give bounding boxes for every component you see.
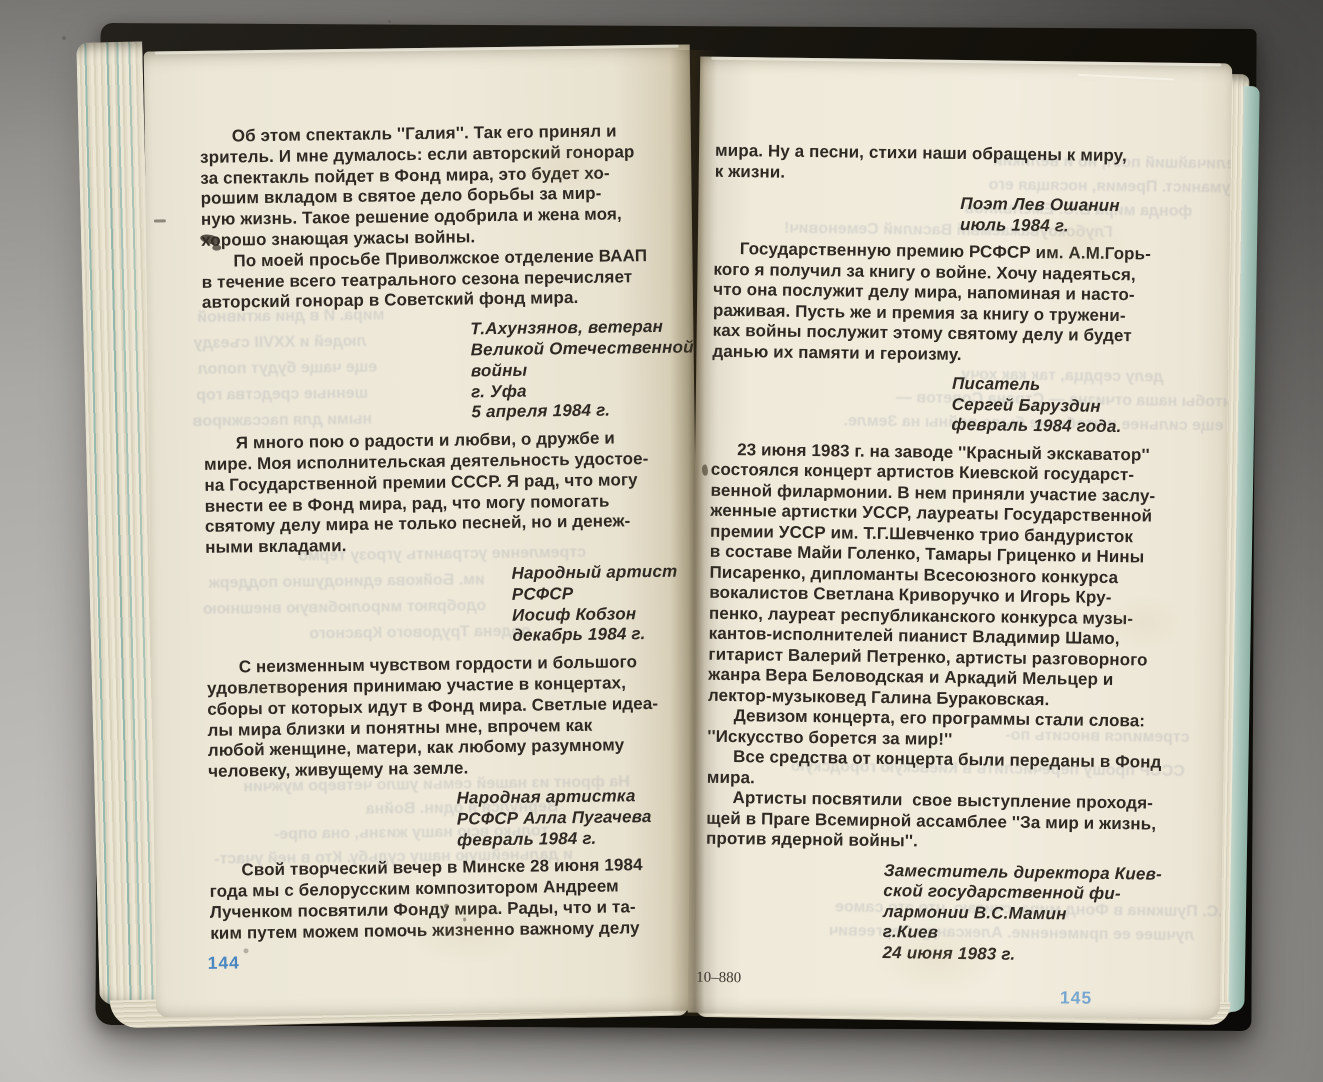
text-line: Поэт Лев Ошанин [960, 194, 1172, 217]
paragraph: Об этом спектакль ''Галия''. Так его при… [200, 121, 668, 252]
signature-block: ПисательСергей Баруздинфевраль 1984 года… [951, 374, 1170, 438]
signature-block: Народный артистРСФСРИосиф Кобзондекабрь … [511, 562, 672, 647]
paragraph: Артисты посвятили свое выступление прохо… [706, 788, 1165, 855]
paragraph: Все средства от концерта были переданы в… [707, 747, 1165, 794]
text-line: РСФСР Алла Пугачева [457, 806, 675, 830]
signature-block: Поэт Лев Ошаниниюль 1984 г. [960, 194, 1173, 238]
dust-speck [62, 36, 66, 40]
page-number-right: 145 [1060, 987, 1092, 1008]
text-line: Писатель [952, 374, 1170, 397]
paragraph: Я много пою о радости и любви, о дружбе … [204, 428, 672, 559]
text-line: Иосиф Кобзон [512, 603, 672, 626]
ink-speck [463, 917, 466, 921]
book-page-left: мира. И в дни активнойлюдей и XXVII съез… [144, 44, 703, 1017]
text-line: 5 апреля 1984 г. [471, 400, 669, 423]
text-line: февраль 1984 года. [951, 415, 1169, 438]
text-line: февраль 1984 г. [457, 827, 675, 851]
ink-smudge [701, 464, 709, 476]
book-page-right: величайший поэт, но и великийгуманист. П… [688, 57, 1232, 1020]
text-line: Народный артист [511, 562, 671, 585]
text-line: декабрь 1984 г. [512, 624, 672, 647]
text-line: г. Уфа [471, 379, 669, 402]
text-line: Т.Ахунзянов, ветеран [470, 317, 668, 340]
ink-speck [444, 904, 449, 909]
signature-block: Заместитель директора Киев-ской государс… [882, 861, 1163, 967]
dust-speck [388, 20, 391, 23]
paragraph: 23 июня 1983 г. на заводе ''Красный экск… [708, 439, 1169, 711]
text-line: Великой Отечественной [471, 338, 669, 361]
left-page-text-column: Об этом спектакль ''Галия''. Так его при… [200, 121, 677, 945]
page-number-left: 144 [208, 952, 240, 973]
right-page-text-column: мира. Ну а песни, стихи наши обращены к … [704, 141, 1173, 974]
ink-smudge [154, 219, 166, 222]
ink-speck [243, 948, 248, 953]
text-line: 24 июня 1983 г. [882, 943, 1162, 967]
paragraph: Девизом концерта, его программы стали сл… [707, 706, 1165, 753]
text-line: войны [471, 359, 669, 382]
paragraph: По моей просьбе Приволжское отделение ВА… [201, 246, 668, 314]
paragraph: мира. Ну а песни, стихи наши обращены к … [715, 141, 1173, 188]
book-photo-scene: мира. И в дни активнойлюдей и XXVII съез… [0, 0, 1323, 1082]
signature-block: Народная артисткаРСФСР Алла Пугачевафевр… [456, 786, 675, 851]
text-line: июль 1984 г. [960, 214, 1172, 237]
paragraph: Свой творческий вечер в Минске 28 июня 1… [209, 855, 676, 944]
printer-signature-mark: 10–880 [696, 970, 741, 988]
signature-block: Т.Ахунзянов, ветеранВеликой Отечественно… [470, 317, 669, 424]
text-line: Сергей Баруздин [952, 394, 1170, 417]
paper-scratch [1078, 74, 1174, 81]
text-line: РСФСР [512, 582, 672, 605]
paragraph: Государственную премию РСФСР им. А.М.Гор… [712, 239, 1172, 368]
text-line: Народная артистка [456, 786, 674, 810]
paragraph: С неизменным чувством гордости и большог… [207, 652, 675, 783]
